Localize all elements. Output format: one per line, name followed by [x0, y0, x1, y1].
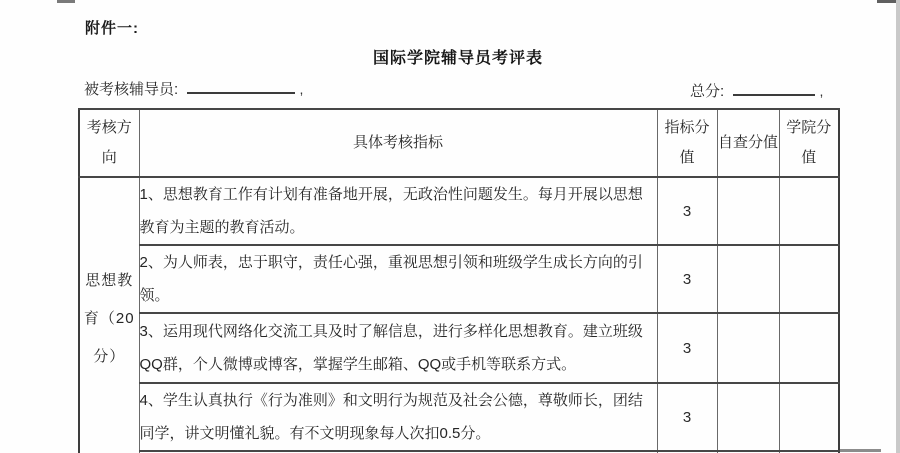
self-score-1: [717, 177, 779, 245]
header-assessment-direction: 考核方向: [79, 109, 139, 177]
table-row: 4、学生认真执行《行为准则》和文明行为规范及社会公德，尊敬师长，团结同学，讲文明…: [79, 383, 839, 451]
table-row: 3、运用现代网络化交流工具及时了解信息，进行多样化思想教育。建立班级QQ群，个人…: [79, 313, 839, 383]
total-score-blank-line: [733, 81, 815, 96]
page-title: 国际学院辅导员考评表: [78, 45, 838, 68]
self-score-2: [717, 245, 779, 313]
header-indicator-score: 指标分值: [657, 109, 717, 177]
counselor-field: 被考核辅导员: ,: [84, 78, 303, 99]
indicator-text-3: 3、运用现代网络化交流工具及时了解信息，进行多样化思想教育。建立班级QQ群，个人…: [139, 313, 657, 383]
header-college-score: 学院分值: [779, 109, 839, 177]
indicator-score-4: 3: [657, 383, 717, 451]
college-score-1: [779, 177, 839, 245]
indicator-text-1: 1、思想教育工作有计划有准备地开展，无政治性问题发生。每月开展以思想教育为主题的…: [139, 177, 657, 245]
header-self-check-score: 自查分值: [717, 109, 779, 177]
indicator-text-2: 2、为人师表，忠于职守，责任心强，重视思想引领和班级学生成长方向的引领。: [139, 245, 657, 313]
table-header-row: 考核方向 具体考核指标 指标分值 自查分值 学院分值: [79, 109, 839, 177]
self-score-4: [717, 383, 779, 451]
counselor-blank-line: [187, 79, 295, 94]
table-row: 思想教育（20分） 1、思想教育工作有计划有准备地开展，无政治性问题发生。每月开…: [79, 177, 839, 245]
total-score-suffix: ,: [820, 83, 824, 99]
total-score-field: 总分: ,: [690, 80, 823, 101]
self-score-3: [717, 313, 779, 383]
college-score-3: [779, 313, 839, 383]
document-page: 附件一: 国际学院辅导员考评表 被考核辅导员: , 总分: , 考核方向 具体考…: [0, 0, 900, 453]
counselor-field-suffix: ,: [300, 81, 304, 97]
indicator-score-1: 3: [657, 177, 717, 245]
college-score-4: [779, 383, 839, 451]
category-cell-ideological-education: 思想教育（20分）: [79, 177, 139, 453]
attachment-label: 附件一:: [85, 17, 139, 38]
scan-artifact-top-left: [57, 0, 75, 3]
evaluation-table: 考核方向 具体考核指标 指标分值 自查分值 学院分值 思想教育（20分） 1、思…: [78, 108, 840, 453]
table-row: 2、为人师表，忠于职守，责任心强，重视思想引领和班级学生成长方向的引领。 3: [79, 245, 839, 313]
counselor-field-label: 被考核辅导员:: [84, 81, 178, 98]
scan-artifact-bottom: [839, 449, 881, 452]
page-edge-right: [896, 0, 900, 453]
indicator-score-2: 3: [657, 245, 717, 313]
indicator-text-4: 4、学生认真执行《行为准则》和文明行为规范及社会公德，尊敬师长，团结同学，讲文明…: [139, 383, 657, 451]
college-score-2: [779, 245, 839, 313]
total-score-label: 总分:: [690, 83, 724, 100]
indicator-score-3: 3: [657, 313, 717, 383]
header-specific-indicators: 具体考核指标: [139, 109, 657, 177]
